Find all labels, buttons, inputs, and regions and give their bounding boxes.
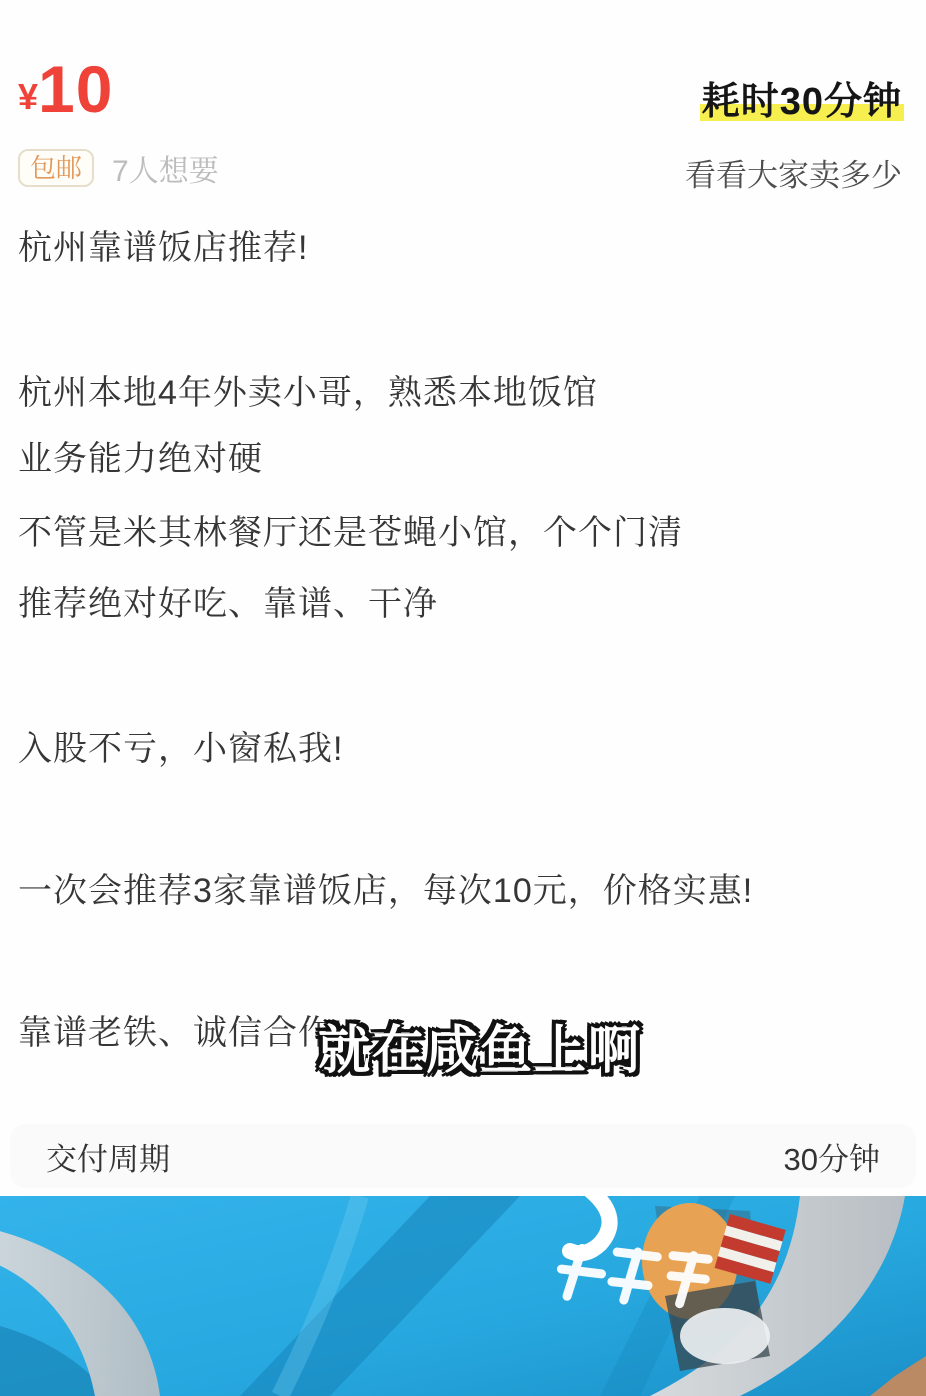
description-line: 靠谱老铁、诚信合作! (18, 1005, 343, 1054)
video-subtitle-overlay: 就在咸鱼上啊 (318, 1008, 642, 1083)
want-count: 7人想要 (112, 146, 219, 190)
listing-photo[interactable] (0, 1196, 926, 1396)
price-block: ¥ 10 (18, 56, 113, 122)
delivery-period-value: 30分钟 (784, 1134, 880, 1179)
description-line: 一次会推荐3家靠谱饭店，每次10元，价格实惠! (18, 863, 753, 912)
meta-row: 包邮 7人想要 (18, 146, 219, 190)
emblem-white-smudge (680, 1308, 770, 1364)
compare-prices-link[interactable]: 看看大家卖多少 (685, 150, 902, 195)
description-line: 入股不亏，小窗私我! (18, 721, 343, 770)
delivery-period-label: 交付周期 (46, 1134, 170, 1179)
price-value: 10 (38, 56, 113, 122)
description-line: 不管是米其林餐厅还是苍蝇小馆，个个门清 (18, 505, 683, 554)
time-spent-badge: 耗时30分钟 (700, 70, 904, 125)
description-line: 业务能力绝对硬 (18, 431, 263, 480)
delivery-period-row: 交付周期 30分钟 (10, 1124, 916, 1188)
listing-page: ¥ 10 耗时30分钟 包邮 7人想要 看看大家卖多少 杭州靠谱饭店推荐! 杭州… (0, 0, 926, 1396)
currency-symbol: ¥ (18, 79, 38, 122)
description-line: 杭州本地4年外卖小哥，熟悉本地饭馆 (18, 365, 598, 414)
rider-photo-graphic (0, 1196, 926, 1396)
description-line: 推荐绝对好吃、靠谱、干净 (18, 576, 438, 625)
description-line: 杭州靠谱饭店推荐! (18, 220, 308, 269)
time-spent-text: 耗时30分钟 (700, 81, 904, 123)
free-shipping-badge: 包邮 (18, 149, 94, 188)
